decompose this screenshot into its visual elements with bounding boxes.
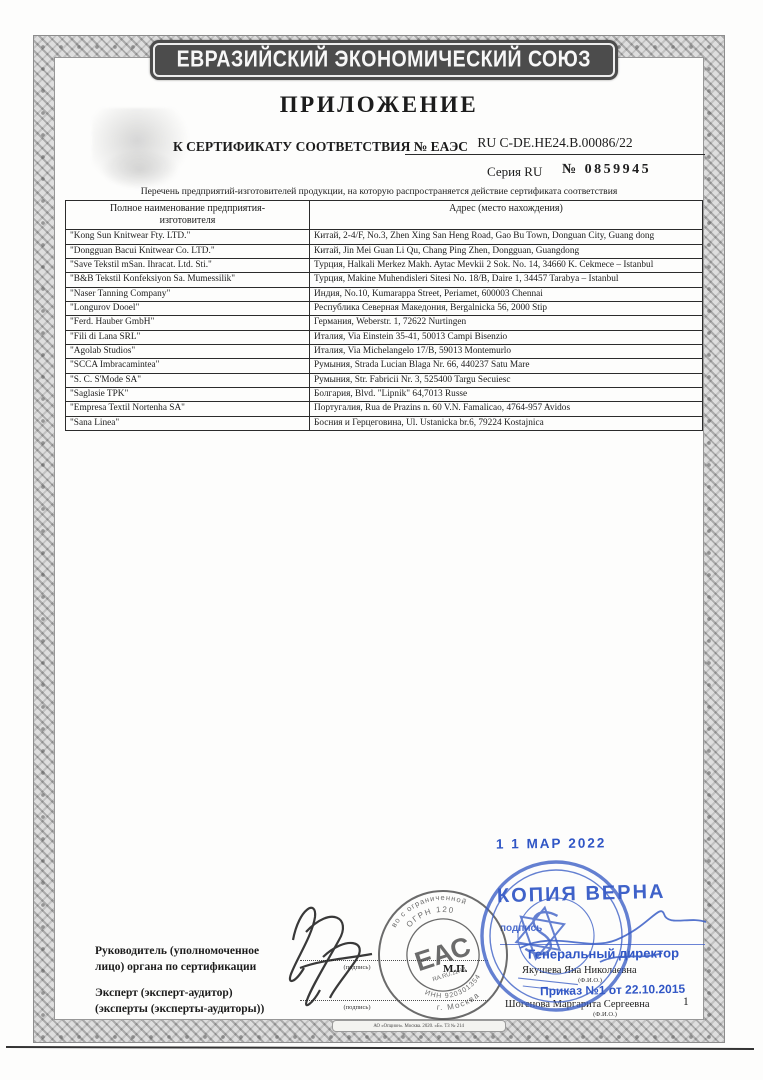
manufacturer-address: Турция, Halkali Merkez Makh. Aytac Mevki…	[310, 259, 703, 273]
manufacturer-name: "Ferd. Hauber GmbH"	[66, 316, 310, 330]
date-stamp: 1 1 МАР 2022	[496, 835, 606, 851]
manufacturer-name: "Naser Tanning Company"	[66, 287, 310, 301]
table-row: "Empresa Textil Nortenha SA"Португалия, …	[66, 402, 703, 416]
manufacturer-name: "Kong Sun Knitwear Fty. LTD."	[66, 230, 310, 244]
manufacturer-name: "Dongguan Bacui Knitwear Co. LTD."	[66, 244, 310, 258]
head-signature-caption: (подпись)	[312, 964, 402, 971]
manufacturer-name: "Fili di Lana SRL"	[66, 330, 310, 344]
expert-signature-caption: (подпись)	[312, 1004, 402, 1011]
certificate-number: RU C-DE.HE24.B.00086/22	[405, 135, 705, 155]
manufacturer-address: Германия, Weberstr. 1, 72622 Nurtingen	[310, 316, 703, 330]
manufacturer-address: Португалия, Rua de Prazins n. 60 V.N. Fa…	[310, 402, 703, 416]
table-row: "SCCA Imbracamintea"Румыния, Strada Luci…	[66, 359, 703, 373]
table-row: "Kong Sun Knitwear Fty. LTD."Китай, 2-4/…	[66, 230, 703, 244]
manufacturer-name: "B&B Tekstil Konfeksiyon Sa. Mumessilik"	[66, 273, 310, 287]
manufacturer-name: "Save Tekstil mSan. Ihracat. Ltd. Sti."	[66, 259, 310, 273]
expert-label: Эксперт (эксперт-аудитор) (эксперты (экс…	[95, 986, 264, 1017]
watermark-smudge-2	[100, 150, 180, 190]
manufacturer-address: Республика Северная Македония, Bergalnic…	[310, 302, 703, 316]
table-row: "Saglasie TPK"Болгария, Blvd. "Lipnik" 6…	[66, 387, 703, 401]
manufacturer-name: "Saglasie TPK"	[66, 387, 310, 401]
eaeu-banner-title: ЕВРАЗИЙСКИЙ ЭКОНОМИЧЕСКИЙ СОЮЗ	[177, 47, 591, 73]
manufacturer-address: Италия, Via Einstein 35-41, 50013 Campi …	[310, 330, 703, 344]
manufacturer-name: "S. C. S'Mode SA"	[66, 373, 310, 387]
expert-fio-caption: (Ф.И.О.)	[575, 1011, 635, 1018]
manufacturer-name: "Agolab Studios"	[66, 345, 310, 359]
eaeu-banner: ЕВРАЗИЙСКИЙ ЭКОНОМИЧЕСКИЙ СОЮЗ	[150, 40, 618, 80]
table-row: "Agolab Studios"Италия, Via Michelangelo…	[66, 345, 703, 359]
scan-edge-line	[6, 1046, 754, 1050]
table-row: "Sana Linea"Босния и Герцеговина, Ul. Us…	[66, 416, 703, 430]
certification-head-label: Руководитель (уполномоченное лицо) орган…	[95, 944, 259, 975]
printer-mark: АО «Опцион». Москва. 2020. «Б». ТЗ № 214	[332, 1020, 506, 1032]
manufacturer-address: Италия, Via Michelangelo 17/B, 59013 Mon…	[310, 345, 703, 359]
manufacturer-name: "Sana Linea"	[66, 416, 310, 430]
table-row: "B&B Tekstil Konfeksiyon Sa. Mumessilik"…	[66, 273, 703, 287]
expert-signature-line	[300, 984, 488, 1001]
manufacturer-address: Румыния, Str. Fabricii Nr. 3, 525400 Tar…	[310, 373, 703, 387]
mp-seal-place-label: М.П.	[443, 963, 467, 975]
manufacturers-table: Полное наименование предприятия-изготови…	[65, 200, 703, 431]
manufacturer-address: Босния и Герцеговина, Ul. Ustanicka br.6…	[310, 416, 703, 430]
table-row: "Ferd. Hauber GmbH"Германия, Weberstr. 1…	[66, 316, 703, 330]
manufacturer-address: Индия, No.10, Kumarappa Street, Periamet…	[310, 287, 703, 301]
manufacturer-address: Румыния, Strada Lucian Blaga Nr. 66, 440…	[310, 359, 703, 373]
head-signature-line	[300, 944, 488, 961]
expert-name: Шогенова Маргарита Сергеевна	[505, 999, 650, 1010]
manufacturer-address: Болгария, Blvd. "Lipnik" 64,7013 Russe	[310, 387, 703, 401]
series-number: № 0859945	[562, 162, 651, 178]
manufacturer-address: Турция, Makine Muhendisleri Sitesi No. 1…	[310, 273, 703, 287]
table-row: "Longurov Dooel"Республика Северная Маке…	[66, 302, 703, 316]
table-row: "Naser Tanning Company"Индия, No.10, Kum…	[66, 287, 703, 301]
table-row: "Save Tekstil mSan. Ihracat. Ltd. Sti."Т…	[66, 259, 703, 273]
manufacturer-name: "SCCA Imbracamintea"	[66, 359, 310, 373]
page-title: ПРИЛОЖЕНИЕ	[54, 92, 704, 118]
manufacturers-list-caption: Перечень предприятий-изготовителей проду…	[54, 186, 704, 197]
director-signature-line	[500, 928, 705, 945]
series-label: Серия RU	[487, 164, 542, 180]
manufacturer-name: "Empresa Textil Nortenha SA"	[66, 402, 310, 416]
certificate-appendix-page: ЕВРАЗИЙСКИЙ ЭКОНОМИЧЕСКИЙ СОЮЗ ПРИЛОЖЕНИ…	[0, 0, 763, 1080]
manufacturer-address: Китай, 2-4/F, No.3, Zhen Xing San Heng R…	[310, 230, 703, 244]
order-reference-stamp: Приказ №1 от 22.10.2015	[540, 982, 685, 999]
page-number: 1	[683, 996, 689, 1008]
director-title-stamp: Генеральный директор	[528, 945, 679, 961]
table-row: "S. C. S'Mode SA"Румыния, Str. Fabricii …	[66, 373, 703, 387]
manufacturer-address: Китай, Jin Mei Guan Li Qu, Chang Ping Zh…	[310, 244, 703, 258]
table-header-row: Полное наименование предприятия-изготови…	[66, 201, 703, 230]
table-row: "Fili di Lana SRL"Италия, Via Einstein 3…	[66, 330, 703, 344]
copy-true-stamp: КОПИЯ ВЕРНА	[497, 881, 666, 908]
manufacturer-name: "Longurov Dooel"	[66, 302, 310, 316]
director-name: Якушева Яна Николаевна	[522, 965, 637, 976]
column-header-name: Полное наименование предприятия-изготови…	[66, 201, 310, 230]
column-header-address: Адрес (место нахождения)	[310, 201, 703, 230]
table-row: "Dongguan Bacui Knitwear Co. LTD."Китай,…	[66, 244, 703, 258]
